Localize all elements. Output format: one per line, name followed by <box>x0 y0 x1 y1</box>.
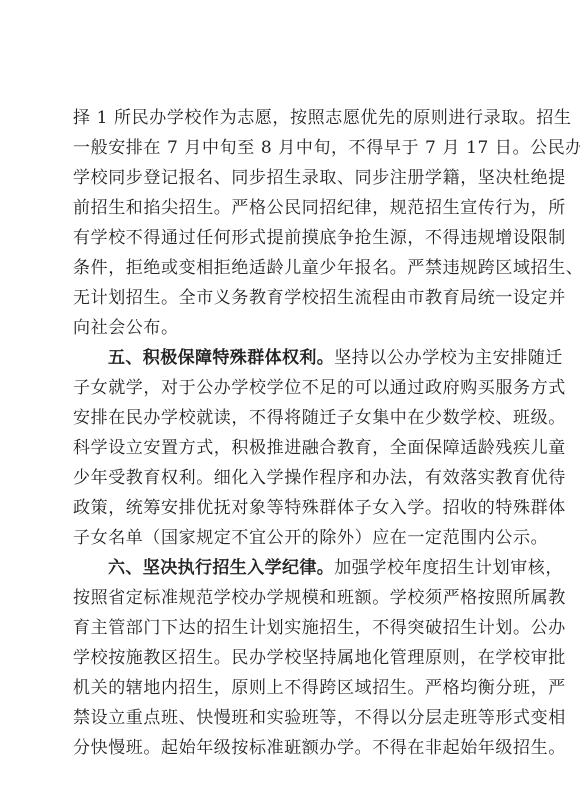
text-line: 育主管部门下达的招生计划实施招生，不得突破招生计划。公办 <box>73 613 505 643</box>
text-line: 子女就学，对于公办学校学位不足的可以通过政府购买服务方式 <box>73 373 505 403</box>
section-six-first-line: 六、坚决执行招生入学纪律。加强学校年度招生计划审核， <box>73 553 505 583</box>
text-line: 条件，拒绝或变相拒绝适龄儿童少年报名。严禁违规跨区域招生、 <box>73 253 505 283</box>
text-line: 有学校不得通过任何形式提前摸底争抢生源，不得违规增设限制 <box>73 223 505 253</box>
text-line: 少年受教育权利。细化入学操作程序和办法，有效落实教育优待 <box>73 463 505 493</box>
text-line: 前招生和掐尖招生。严格公民同招纪律，规范招生宣传行为，所 <box>73 193 505 223</box>
document-page: 择 1 所民办学校作为志愿，按照志愿优先的原则进行录取。招生 一般安排在 7 月… <box>0 0 580 786</box>
page-number: 4 <box>0 745 580 757</box>
text-fragment: 加强学校年度招生计划审核， <box>334 558 563 578</box>
section-heading-five: 五、积极保障特殊群体权利。 <box>108 348 334 368</box>
text-line: 择 1 所民办学校作为志愿，按照志愿优先的原则进行录取。招生 <box>73 103 505 133</box>
section-five-first-line: 五、积极保障特殊群体权利。坚持以公办学校为主安排随迁 <box>73 343 505 373</box>
text-line: 按照省定标准规范学校办学规模和班额。学校须严格按照所属教 <box>73 583 505 613</box>
text-line: 学校按施教区招生。民办学校坚持属地化管理原则，在学校审批 <box>73 643 505 673</box>
text-line: 政策，统筹安排优抚对象等特殊群体子女入学。招收的特殊群体 <box>73 493 505 523</box>
text-fragment: 坚持以公办学校为主安排随迁 <box>334 348 563 368</box>
section-heading-six: 六、坚决执行招生入学纪律。 <box>108 558 334 578</box>
text-line: 学校同步登记报名、同步招生录取、同步注册学籍，坚决杜绝提 <box>73 163 505 193</box>
text-line: 向社会公布。 <box>73 313 505 343</box>
text-line: 科学设立安置方式，积极推进融合教育，全面保障适龄残疾儿童 <box>73 433 505 463</box>
text-line: 禁设立重点班、快慢班和实验班等，不得以分层走班等形式变相 <box>73 703 505 733</box>
text-line: 一般安排在 7 月中旬至 8 月中旬，不得早于 7 月 17 日。公民办 <box>73 133 505 163</box>
body-text: 择 1 所民办学校作为志愿，按照志愿优先的原则进行录取。招生 一般安排在 7 月… <box>73 103 505 763</box>
text-line: 子女名单（国家规定不宜公开的除外）应在一定范围内公示。 <box>73 523 505 553</box>
text-line: 无计划招生。全市义务教育学校招生流程由市教育局统一设定并 <box>73 283 505 313</box>
text-line: 机关的辖地内招生，原则上不得跨区域招生。严格均衡分班，严 <box>73 673 505 703</box>
text-line: 安排在民办学校就读，不得将随迁子女集中在少数学校、班级。 <box>73 403 505 433</box>
